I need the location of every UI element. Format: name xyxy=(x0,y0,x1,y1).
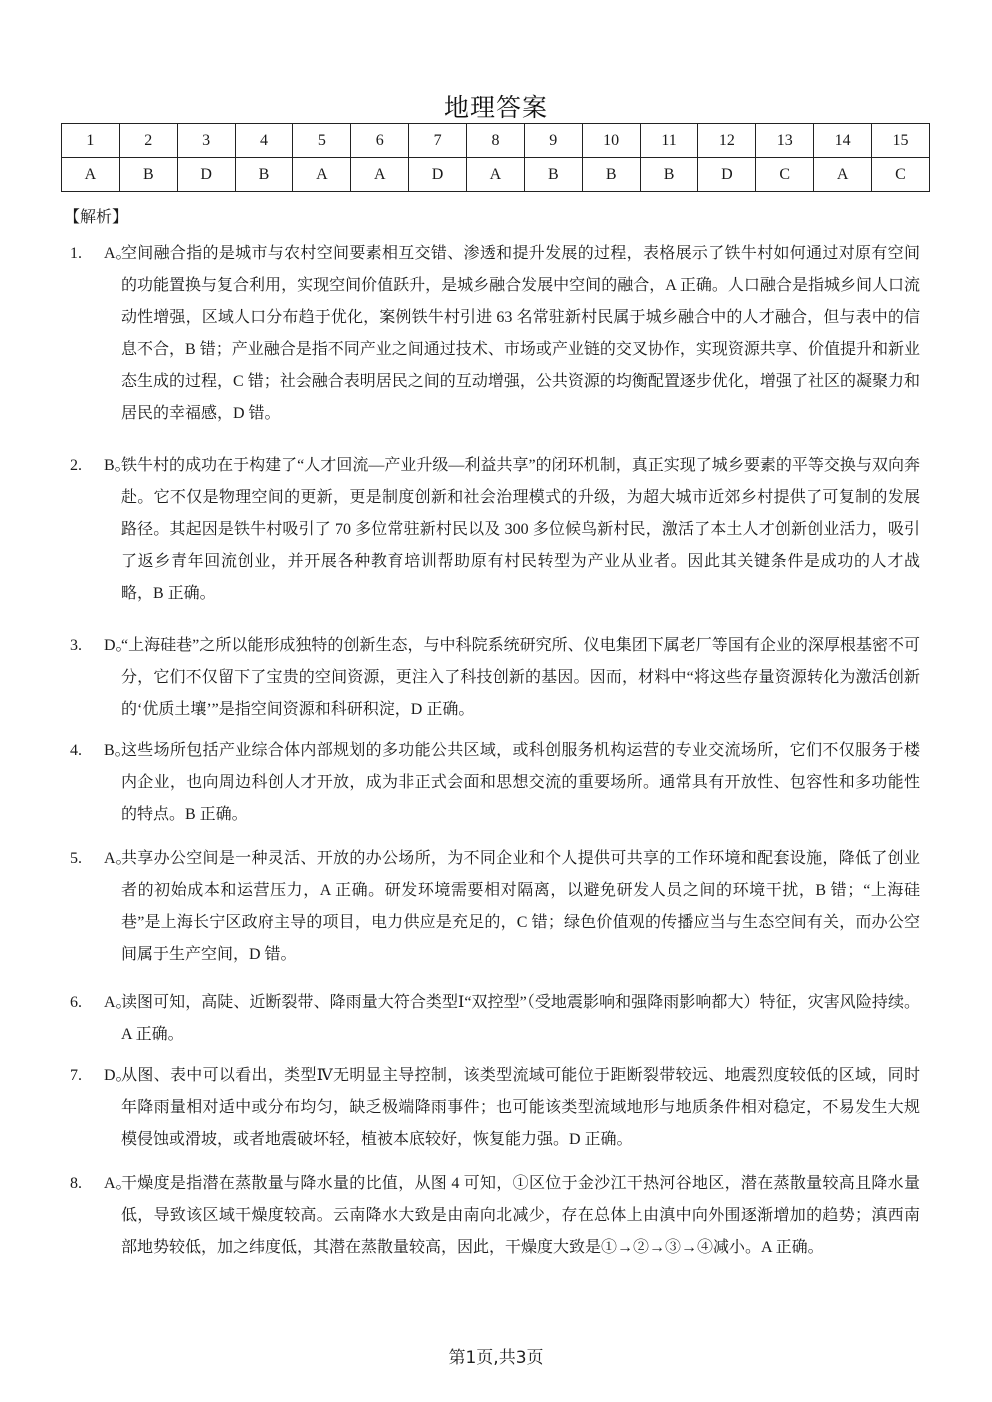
item-number: 7. xyxy=(70,1060,100,1092)
answer-cell: A xyxy=(62,158,120,192)
question-number-cell: 11 xyxy=(640,124,698,158)
explanation-item-8: 8. A。 干燥度是指潜在蒸散量与降水量的比值，从图 4 可知，①区位于金沙江干… xyxy=(70,1168,920,1264)
answer-cell: A xyxy=(814,158,872,192)
explanation-item-1: 1. A。 空间融合指的是城市与农村空间要素相互交错、渗透和提升发展的过程，表格… xyxy=(70,238,920,430)
question-number-cell: 12 xyxy=(698,124,756,158)
question-number-cell: 2 xyxy=(119,124,177,158)
answer-cell: B xyxy=(119,158,177,192)
question-number-cell: 14 xyxy=(814,124,872,158)
item-text: 铁牛村的成功在于构建了“人才回流—产业升级—利益共享”的闭环机制，真正实现了城乡… xyxy=(121,450,920,610)
answer-cell: A xyxy=(467,158,525,192)
explanation-item-6: 6. A。 读图可知，高陡、近断裂带、降雨量大符合类型Ⅰ“双控型”（受地震影响和… xyxy=(70,987,920,1051)
item-answer: A。 xyxy=(104,1168,124,1200)
explanation-item-2: 2. B。 铁牛村的成功在于构建了“人才回流—产业升级—利益共享”的闭环机制，真… xyxy=(70,450,920,610)
question-number-cell: 15 xyxy=(872,124,930,158)
item-number: 4. xyxy=(70,735,100,767)
answer-cell: D xyxy=(409,158,467,192)
answer-cell: A xyxy=(351,158,409,192)
item-answer: D。 xyxy=(104,1060,124,1092)
answer-cell: B xyxy=(524,158,582,192)
item-number: 1. xyxy=(70,238,100,270)
section-label-analysis: 【解析】 xyxy=(64,204,128,227)
item-answer: B。 xyxy=(104,735,124,767)
item-text: 从图、表中可以看出，类型Ⅳ无明显主导控制，该类型流域可能位于距断裂带较远、地震烈… xyxy=(121,1060,920,1156)
question-number-cell: 3 xyxy=(177,124,235,158)
question-number-cell: 9 xyxy=(524,124,582,158)
question-number-cell: 8 xyxy=(467,124,525,158)
answer-cell: A xyxy=(293,158,351,192)
page-indicator: 第1页,共3页 xyxy=(0,1343,992,1368)
item-number: 8. xyxy=(70,1168,100,1200)
page-title: 地理答案 xyxy=(0,88,992,124)
question-number-cell: 6 xyxy=(351,124,409,158)
answer-cell: B xyxy=(640,158,698,192)
item-text: 干燥度是指潜在蒸散量与降水量的比值，从图 4 可知，①区位于金沙江干热河谷地区，… xyxy=(121,1168,920,1264)
item-text: 读图可知，高陡、近断裂带、降雨量大符合类型Ⅰ“双控型”（受地震影响和强降雨影响都… xyxy=(121,987,920,1051)
answer-cell: C xyxy=(756,158,814,192)
item-text: “上海硅巷”之所以能形成独特的创新生态，与中科院系统研究所、仪电集团下属老厂等国… xyxy=(121,630,920,726)
answer-table-number-row: 1 2 3 4 5 6 7 8 9 10 11 12 13 14 15 xyxy=(62,124,930,158)
explanation-item-3: 3. D。 “上海硅巷”之所以能形成独特的创新生态，与中科院系统研究所、仪电集团… xyxy=(70,630,920,726)
explanation-item-5: 5. A。 共享办公空间是一种灵活、开放的办公场所，为不同企业和个人提供可共享的… xyxy=(70,843,920,971)
question-number-cell: 1 xyxy=(62,124,120,158)
answer-table: 1 2 3 4 5 6 7 8 9 10 11 12 13 14 15 A B … xyxy=(61,123,930,192)
question-number-cell: 7 xyxy=(409,124,467,158)
question-number-cell: 5 xyxy=(293,124,351,158)
explanation-item-7: 7. D。 从图、表中可以看出，类型Ⅳ无明显主导控制，该类型流域可能位于距断裂带… xyxy=(70,1060,920,1156)
answer-cell: D xyxy=(177,158,235,192)
item-answer: A。 xyxy=(104,987,124,1019)
question-number-cell: 4 xyxy=(235,124,293,158)
item-answer: B。 xyxy=(104,450,124,482)
item-text: 共享办公空间是一种灵活、开放的办公场所，为不同企业和个人提供可共享的工作环境和配… xyxy=(121,843,920,971)
question-number-cell: 13 xyxy=(756,124,814,158)
question-number-cell: 10 xyxy=(582,124,640,158)
answer-cell: B xyxy=(582,158,640,192)
answer-cell: D xyxy=(698,158,756,192)
answer-cell: B xyxy=(235,158,293,192)
item-answer: A。 xyxy=(104,238,124,270)
item-number: 3. xyxy=(70,630,100,662)
item-text: 空间融合指的是城市与农村空间要素相互交错、渗透和提升发展的过程，表格展示了铁牛村… xyxy=(121,238,920,430)
item-number: 5. xyxy=(70,843,100,875)
item-answer: A。 xyxy=(104,843,124,875)
explanation-item-4: 4. B。 这些场所包括产业综合体内部规划的多功能公共区域，或科创服务机构运营的… xyxy=(70,735,920,831)
item-answer: D。 xyxy=(104,630,124,662)
answer-cell: C xyxy=(872,158,930,192)
item-text: 这些场所包括产业综合体内部规划的多功能公共区域，或科创服务机构运营的专业交流场所… xyxy=(121,735,920,831)
item-number: 2. xyxy=(70,450,100,482)
answer-table-answer-row: A B D B A A D A B B B D C A C xyxy=(62,158,930,192)
item-number: 6. xyxy=(70,987,100,1019)
